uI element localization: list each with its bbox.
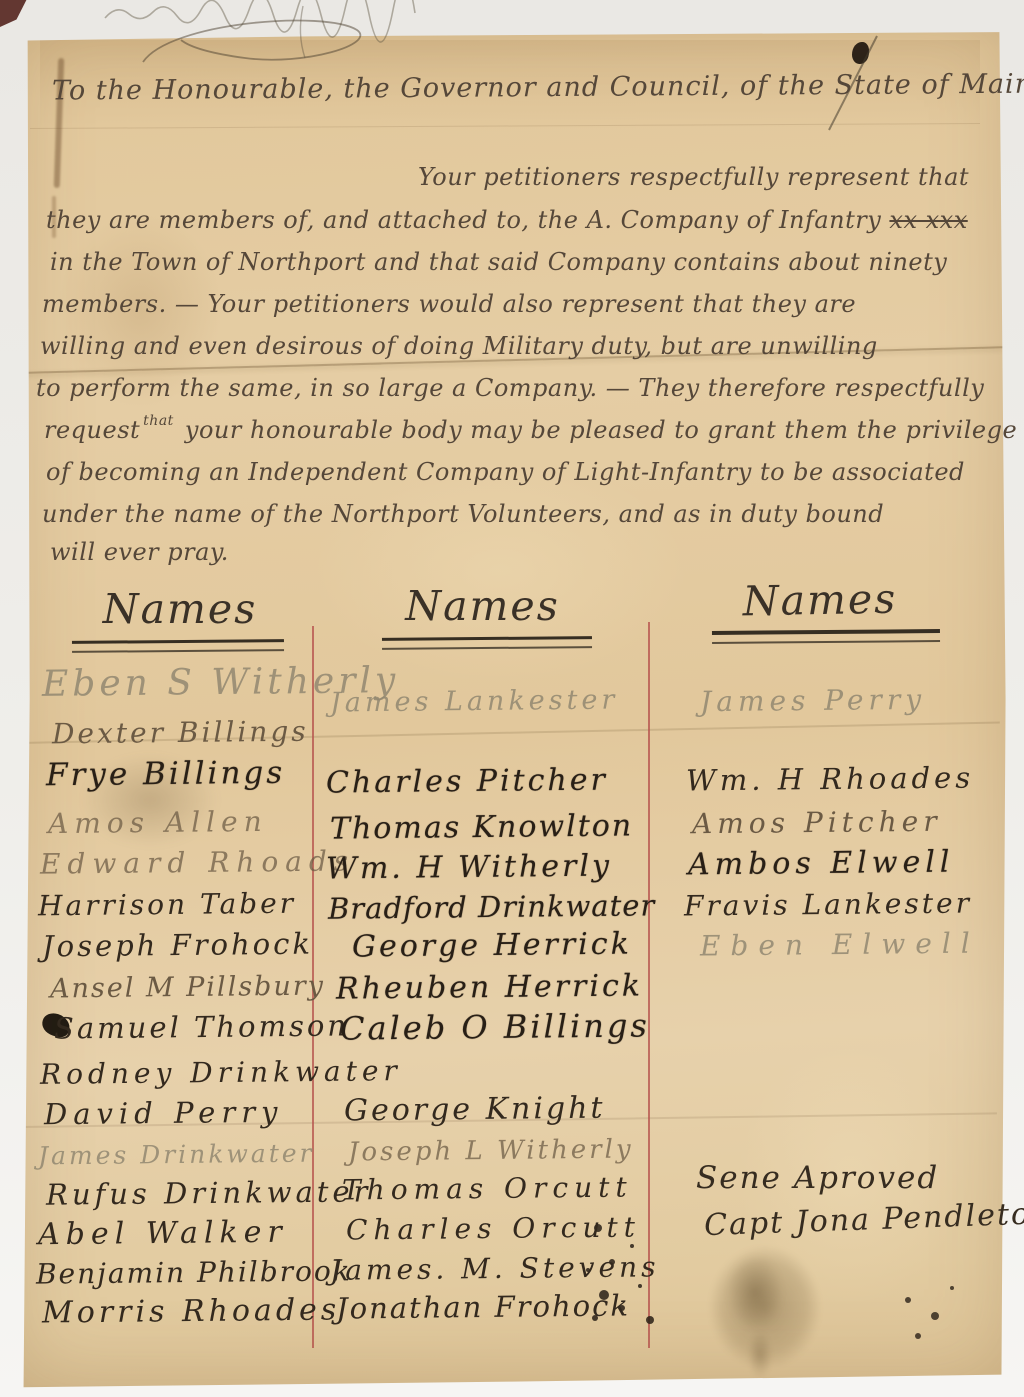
signature: James Lankester — [330, 684, 619, 718]
body-line: they are members of, and attached to, th… — [46, 206, 968, 234]
body-line: requestthat your honourable body may be … — [44, 416, 1017, 444]
petition-heading: To the Honourable, the Governor and Coun… — [52, 68, 1024, 106]
signature: Bradford Drinkwater — [328, 888, 656, 925]
inserted-word: that — [143, 413, 174, 429]
signature: Wm. H Rhoades — [686, 760, 974, 797]
signature: James. M. Stevens — [330, 1250, 660, 1286]
signature: Amos Allen — [48, 805, 268, 840]
body-line: to perform the same, in so large a Compa… — [36, 374, 984, 402]
signature: Edward Rhoads — [40, 844, 356, 880]
body-line: members. — Your petitioners would also r… — [42, 290, 856, 318]
header-underline-3 — [712, 629, 940, 644]
body-line-text: of becoming an Independent Company of Li… — [46, 458, 965, 486]
body-line-text: to perform the same, in so large a Compa… — [36, 374, 984, 402]
signature: Thomas Orcutt — [342, 1170, 633, 1206]
body-line-text: under the name of the Northport Voluntee… — [42, 500, 884, 528]
signature: Harrison Taber — [38, 887, 296, 923]
body-line: of becoming an Independent Company of Li… — [46, 458, 965, 486]
signature: Ambos Elwell — [688, 845, 955, 883]
body-line: under the name of the Northport Voluntee… — [42, 500, 884, 528]
body-line-text: members. — Your petitioners would also r… — [42, 290, 856, 318]
signature: Rodney Drinkwater — [40, 1054, 402, 1091]
names-column-header-3: Names — [705, 574, 936, 626]
signature: Benjamin Philbrook — [36, 1254, 352, 1290]
signature: Charles Pitcher — [326, 763, 608, 801]
document-scan: To the Honourable, the Governor and Coun… — [0, 0, 1024, 1397]
body-line: in the Town of Northport and that said C… — [50, 248, 947, 276]
signature: Amos Pitcher — [692, 805, 942, 841]
body-line-text: will ever pray. — [50, 538, 229, 566]
approval-note-line-2: Capt Jona Pendleton — [703, 1196, 1024, 1243]
signature: Wm. H Witherly — [326, 849, 612, 887]
body-line-text: your honourable body may be pleased to g… — [177, 416, 1017, 444]
body-line-text: request — [44, 416, 140, 444]
signature: Fravis Lankester — [684, 886, 972, 922]
ink-layer: To the Honourable, the Governor and Coun… — [0, 0, 1024, 1397]
signature: George Knight — [344, 1091, 606, 1129]
signature: Frye Billings — [46, 755, 286, 794]
signature: Rufus Drinkwater — [46, 1174, 372, 1211]
signature: Abel Walker — [38, 1215, 288, 1253]
signature: Jonathan Frohock — [336, 1288, 630, 1325]
body-line-text: they are members of, and attached to, th… — [46, 206, 889, 234]
signature: Eben Elwell — [700, 927, 980, 963]
header-underline-2 — [382, 636, 592, 650]
signature: Dexter Billings — [52, 715, 309, 751]
signature: Samuel Thomson — [54, 1008, 349, 1045]
signature: Morris Rhoades — [42, 1292, 341, 1330]
body-line-text: in the Town of Northport and that said C… — [50, 248, 947, 276]
signature: James Drinkwater — [38, 1139, 315, 1171]
signature: Joseph Frohock — [42, 927, 313, 964]
body-line-text: Your petitioners respectfully represent … — [418, 163, 969, 191]
signature: Caleb O Billings — [340, 1006, 650, 1047]
signature: Joseph L Witherly — [348, 1135, 634, 1168]
signature: Charles Orcutt — [346, 1210, 641, 1246]
signature: David Perry — [44, 1095, 284, 1132]
names-column-header-1: Names — [70, 585, 290, 633]
body-line: willing and even desirous of doing Milit… — [40, 332, 878, 360]
body-line: will ever pray. — [50, 538, 229, 566]
approval-note-line-1: Sene Aproved — [696, 1160, 939, 1196]
signature: Rheuben Herrick — [336, 968, 643, 1006]
header-underline-1 — [72, 639, 284, 653]
signature: Thomas Knowlton — [330, 808, 634, 846]
body-line-text: willing and even desirous of doing Milit… — [40, 332, 878, 360]
struck-out-text: xx xxx — [889, 206, 967, 234]
signature: George Herrick — [352, 927, 632, 965]
signature: James Perry — [700, 683, 926, 718]
body-line: Your petitioners respectfully represent … — [418, 163, 969, 191]
signature: Ansel M Pillsbury — [50, 971, 325, 1005]
names-column-header-2: Names — [375, 582, 590, 630]
